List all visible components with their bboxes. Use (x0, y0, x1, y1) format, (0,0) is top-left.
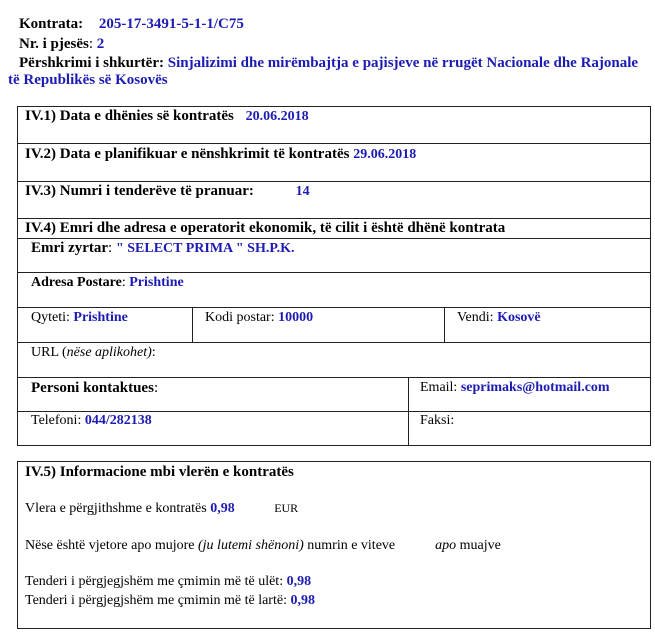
period-row: Nëse është vjetore apo mujore (ju lutemi… (25, 538, 501, 554)
divider (17, 342, 651, 343)
part-colon: : (89, 36, 93, 52)
lowest-price-value: 0,98 (287, 574, 312, 589)
city-value: Prishtine (73, 310, 127, 325)
phone-cell: Telefoni: 044/282138 (31, 413, 152, 429)
url-row: URL (nëse aplikohet): (31, 345, 156, 361)
divider (17, 218, 651, 219)
contract-value-title: IV.5) Informacione mbi vlerën e kontratë… (25, 464, 294, 481)
highest-price-label: Tenderi i përgjegjshëm me çmimin më të l… (25, 593, 287, 608)
email-cell: Email: seprimaks@hotmail.com (420, 380, 610, 396)
postal-code-value: 10000 (278, 310, 313, 325)
tenders-received-value: 14 (296, 184, 310, 199)
postal-code-cell: Kodi postar: 10000 (205, 310, 313, 326)
official-name-value: " SELECT PRIMA " SH.P.K. (116, 241, 295, 256)
period-text: Nëse është vjetore apo mujore (25, 538, 198, 553)
contact-person-label: Personi kontaktues (31, 380, 154, 396)
award-date-label: IV.1) Data e dhënies së kontratës (25, 108, 234, 124)
description-value-cont: të Republikës së Kosovës (8, 72, 168, 88)
divider (17, 411, 651, 412)
part-label: Nr. i pjesës (19, 36, 89, 52)
section-award-date: IV.1) Data e dhënies së kontratës 20.06.… (25, 108, 309, 125)
lowest-price-row: Tenderi i përgjegjshëm me çmimin më të u… (25, 574, 311, 590)
contract-label: Kontrata: (19, 16, 83, 32)
part-number: 2 (97, 36, 105, 52)
total-value: 0,98 (210, 501, 235, 516)
description-line: Përshkrimi i shkurtër: Sinjalizimi dhe m… (19, 55, 638, 72)
period-note: (ju lutemi shënoni) (198, 538, 304, 553)
divider (17, 181, 651, 182)
operator-section-label: IV.4) Emri dhe adresa e operatorit ekono… (25, 220, 505, 236)
postal-address-value: Prishtine (129, 275, 183, 290)
url-colon: : (152, 345, 156, 360)
period-years: numrin e viteve (304, 538, 395, 553)
description-value: Sinjalizimi dhe mirëmbajtja e pajisjeve … (168, 55, 638, 71)
official-name-row: Emri zyrtar: " SELECT PRIMA " SH.P.K. (31, 240, 295, 257)
phone-label: Telefoni: (31, 413, 81, 428)
currency: EUR (274, 501, 298, 515)
postal-address-label: Adresa Postare (31, 275, 122, 290)
divider (408, 377, 409, 446)
fax-cell: Faksi: (420, 413, 454, 429)
section-signing-date: IV.2) Data e planifikuar e nënshkrimit t… (25, 146, 416, 163)
divider (17, 143, 651, 144)
signing-date-value: 29.06.2018 (353, 147, 416, 162)
divider (17, 272, 651, 273)
contract-number: 205-17-3491-5-1-1/C75 (99, 16, 244, 32)
part-line: Nr. i pjesës: 2 (19, 36, 104, 53)
period-or: apo (435, 538, 456, 553)
divider (17, 307, 651, 308)
postal-address-row: Adresa Postare: Prishtine (31, 275, 184, 291)
total-value-row: Vlera e përgjithshme e kontratës 0,98 EU… (25, 501, 298, 517)
lowest-price-label: Tenderi i përgjegjshëm me çmimin më të u… (25, 574, 283, 589)
highest-price-row: Tenderi i përgjegjshëm me çmimin më të l… (25, 593, 315, 609)
city-label: Qyteti: (31, 310, 70, 325)
city-cell: Qyteti: Prishtine (31, 310, 128, 326)
email-label: Email: (420, 380, 457, 395)
signing-date-label: IV.2) Data e planifikuar e nënshkrimit t… (25, 146, 349, 162)
contract-line: Kontrata: 205-17-3491-5-1-1/C75 (19, 16, 244, 33)
divider (17, 377, 651, 378)
divider (17, 238, 651, 239)
email-value: seprimaks@hotmail.com (461, 380, 610, 395)
section-operator-title: IV.4) Emri dhe adresa e operatorit ekono… (25, 220, 505, 237)
description-line-2: të Republikës së Kosovës (8, 72, 168, 89)
fax-label: Faksi: (420, 413, 454, 428)
total-value-label: Vlera e përgjithshme e kontratës (25, 501, 207, 516)
country-label: Vendi: (457, 310, 494, 325)
postal-code-label: Kodi postar: (205, 310, 275, 325)
country-cell: Vendi: Kosovë (457, 310, 541, 326)
award-date-value: 20.06.2018 (246, 109, 309, 124)
divider (192, 307, 193, 342)
period-months: muajve (456, 538, 501, 553)
section-tenders-received: IV.3) Numri i tenderëve të pranuar: 14 (25, 183, 310, 200)
tenders-received-label: IV.3) Numri i tenderëve të pranuar: (25, 183, 254, 199)
contact-person-cell: Personi kontaktues: (31, 380, 158, 397)
official-name-label: Emri zyrtar (31, 240, 108, 256)
divider (444, 307, 445, 342)
phone-value: 044/282138 (85, 413, 152, 428)
contract-value-section-label: IV.5) Informacione mbi vlerën e kontratë… (25, 464, 294, 480)
url-label: URL ( (31, 345, 67, 360)
country-value: Kosovë (497, 310, 541, 325)
url-note: nëse aplikohet) (67, 345, 152, 360)
highest-price-value: 0,98 (290, 593, 315, 608)
description-label: Përshkrimi i shkurtër: (19, 55, 164, 71)
